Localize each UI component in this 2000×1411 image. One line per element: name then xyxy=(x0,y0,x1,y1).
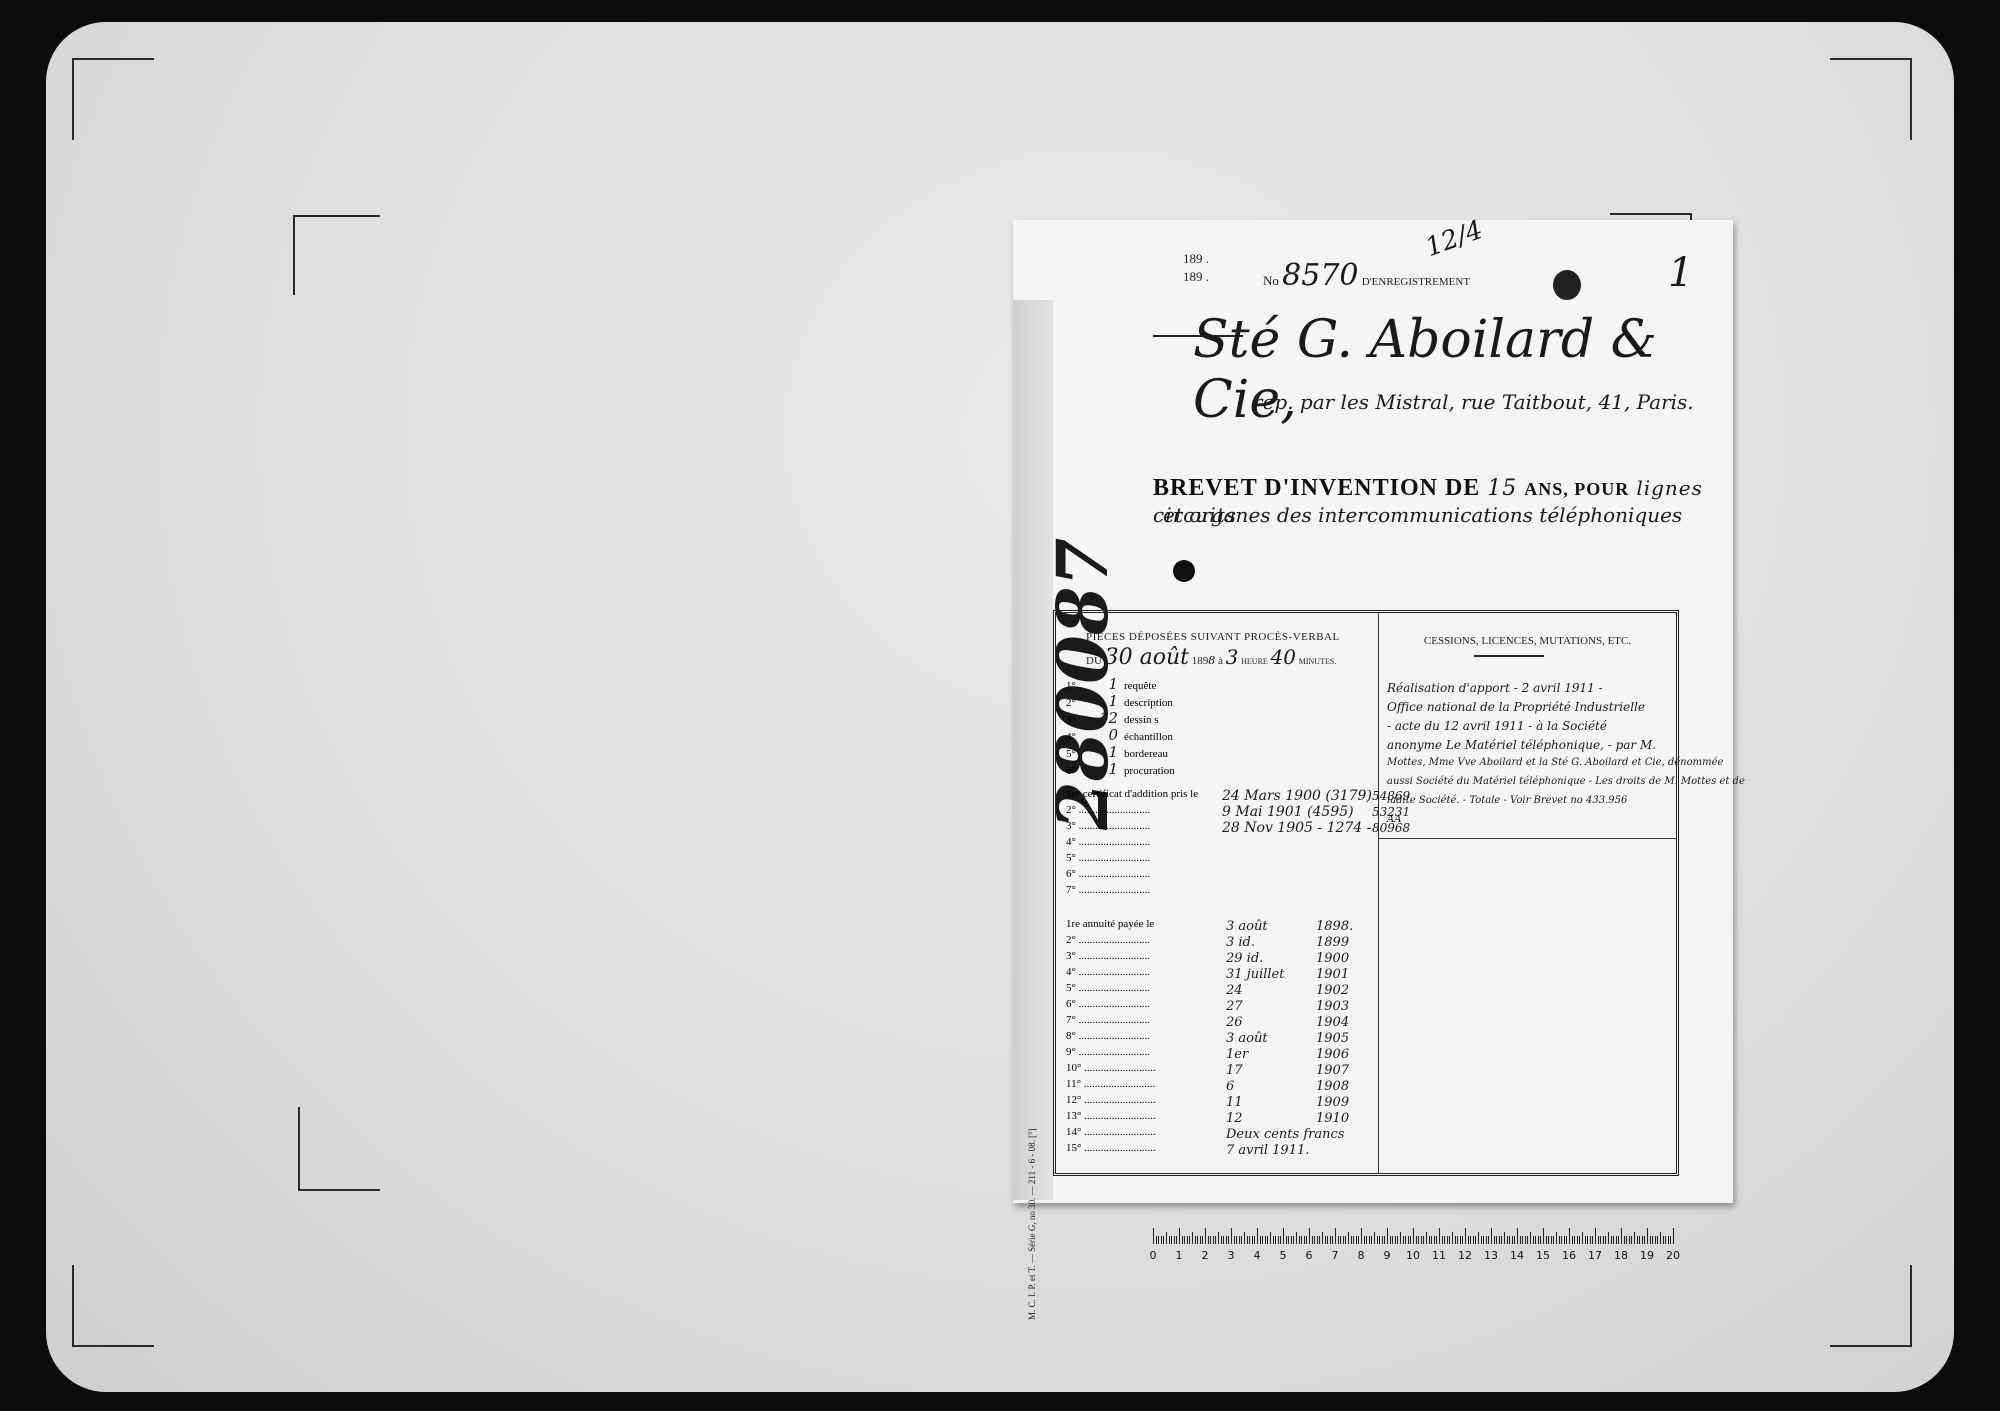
annuity-day: 1er xyxy=(1226,1047,1306,1062)
ruler-tick xyxy=(1561,1236,1562,1244)
annuity-year: 1905 xyxy=(1316,1031,1349,1046)
ruler-tick xyxy=(1418,1236,1419,1244)
ruler-tick xyxy=(1257,1228,1258,1244)
ruler-tick xyxy=(1527,1236,1528,1244)
ruler-tick xyxy=(1390,1236,1391,1244)
ruler-tick xyxy=(1179,1228,1180,1244)
annuity-row: 2° ..........................3 id.1899 xyxy=(1066,934,1349,950)
ruler-tick xyxy=(1442,1236,1443,1244)
annuity-label: 6° .......................... xyxy=(1066,998,1216,1010)
annuity-row: 12° ..........................111909 xyxy=(1066,1094,1349,1110)
ruler-tick xyxy=(1429,1236,1430,1244)
ruler-tick xyxy=(1340,1236,1341,1244)
ruler-tick xyxy=(1332,1236,1333,1244)
ruler-tick xyxy=(1426,1232,1427,1244)
ruler-tick xyxy=(1387,1228,1388,1244)
certificate-label: 7° .......................... xyxy=(1066,884,1216,896)
ruler-tick xyxy=(1408,1236,1409,1244)
ruler-tick xyxy=(1540,1236,1541,1244)
piece-row: 1°1requête xyxy=(1066,675,1156,693)
ruler-label: 20 xyxy=(1666,1249,1680,1262)
annuity-year: 1906 xyxy=(1316,1047,1349,1062)
ruler-tick xyxy=(1569,1228,1570,1244)
annuity-day: 3 id. xyxy=(1226,935,1306,950)
piece-row: 3°12dessin s xyxy=(1066,709,1159,727)
record-table: PIÈCES DÉPOSÉES SUIVANT PROCÈS-VERBAL DU… xyxy=(1053,610,1679,1176)
ruler-tick xyxy=(1400,1232,1401,1244)
ruler-tick xyxy=(1410,1236,1411,1244)
ruler-tick xyxy=(1592,1236,1593,1244)
ruler-label: 14 xyxy=(1510,1249,1524,1262)
annuity-year: 1909 xyxy=(1316,1095,1349,1110)
ruler-tick xyxy=(1475,1236,1476,1244)
ruler-tick xyxy=(1358,1236,1359,1244)
ruler-tick xyxy=(1286,1236,1287,1244)
ruler-tick xyxy=(1663,1236,1664,1244)
ruler-label: 9 xyxy=(1384,1249,1391,1262)
piece-number: 6° xyxy=(1066,765,1092,777)
ruler-tick xyxy=(1468,1236,1469,1244)
ruler-tick xyxy=(1322,1232,1323,1244)
annuity-label: 13° .......................... xyxy=(1066,1110,1216,1122)
annuity-year: 1902 xyxy=(1316,983,1349,998)
ruler-tick xyxy=(1291,1236,1292,1244)
piece-row: 2°1description xyxy=(1066,692,1173,710)
ruler-tick xyxy=(1176,1236,1177,1244)
piece-label: bordereau xyxy=(1124,748,1168,760)
ruler-tick xyxy=(1244,1232,1245,1244)
ruler-tick xyxy=(1364,1236,1365,1244)
certificate-row: 1er certificat d'addition pris le24 Mars… xyxy=(1066,788,1410,804)
ruler-tick xyxy=(1499,1236,1500,1244)
ruler-label: 12 xyxy=(1458,1249,1472,1262)
certificate-row: 3° ..........................28 Nov 1905… xyxy=(1066,820,1410,836)
ruler-tick xyxy=(1655,1236,1656,1244)
ruler-label: 10 xyxy=(1406,1249,1420,1262)
annotation-top: 12/4 xyxy=(1422,215,1487,263)
ruler-tick xyxy=(1351,1236,1352,1244)
ruler-tick xyxy=(1158,1236,1159,1244)
column-separator xyxy=(1378,613,1379,1173)
ruler-tick xyxy=(1379,1236,1380,1244)
ruler-tick xyxy=(1566,1236,1567,1244)
ruler-tick xyxy=(1267,1236,1268,1244)
ruler-tick xyxy=(1366,1236,1367,1244)
ruler-tick xyxy=(1439,1228,1440,1244)
ruler-tick xyxy=(1543,1228,1544,1244)
ruler-tick xyxy=(1278,1236,1279,1244)
ruler-tick xyxy=(1171,1236,1172,1244)
ruler-tick xyxy=(1189,1236,1190,1244)
ruler-tick xyxy=(1452,1232,1453,1244)
ruler-tick xyxy=(1252,1236,1253,1244)
ruler-tick xyxy=(1507,1236,1508,1244)
ruler-tick xyxy=(1621,1228,1622,1244)
ruler-label: 7 xyxy=(1332,1249,1339,1262)
certificate-row: 7° .......................... xyxy=(1066,884,1372,899)
ruler-tick xyxy=(1299,1236,1300,1244)
ruler-tick xyxy=(1556,1232,1557,1244)
ruler-tick xyxy=(1273,1236,1274,1244)
ruler-tick xyxy=(1280,1236,1281,1244)
ruler-tick xyxy=(1283,1228,1284,1244)
ruler-tick xyxy=(1639,1236,1640,1244)
annuity-row: 10° ..........................171907 xyxy=(1066,1062,1349,1078)
certificate-row: 6° .......................... xyxy=(1066,868,1372,883)
ruler-tick xyxy=(1226,1236,1227,1244)
ruler-tick xyxy=(1260,1236,1261,1244)
annuity-label: 12° .......................... xyxy=(1066,1094,1216,1106)
ruler-tick xyxy=(1525,1236,1526,1244)
ruler-tick xyxy=(1166,1232,1167,1244)
piece-label: dessin s xyxy=(1124,714,1159,726)
annuity-day: 26 xyxy=(1226,1015,1306,1030)
ruler-tick xyxy=(1306,1236,1307,1244)
certificate-row: 5° .......................... xyxy=(1066,852,1372,867)
annuity-day: 11 xyxy=(1226,1095,1306,1110)
piece-number: 3° xyxy=(1066,714,1092,726)
ruler-tick xyxy=(1270,1232,1271,1244)
ruler-tick xyxy=(1195,1236,1196,1244)
ruler-tick xyxy=(1517,1228,1518,1244)
ruler-tick xyxy=(1218,1232,1219,1244)
ruler-tick xyxy=(1668,1236,1669,1244)
ruler-tick xyxy=(1197,1236,1198,1244)
ruler-tick xyxy=(1444,1236,1445,1244)
ruler-tick xyxy=(1345,1236,1346,1244)
ruler-tick xyxy=(1288,1236,1289,1244)
ruler-tick xyxy=(1603,1236,1604,1244)
ruler-tick xyxy=(1343,1236,1344,1244)
ruler-tick xyxy=(1514,1236,1515,1244)
annuity-label: 14° .......................... xyxy=(1066,1126,1216,1138)
ruler-tick xyxy=(1533,1236,1534,1244)
ruler-tick xyxy=(1330,1236,1331,1244)
ruler-tick xyxy=(1327,1236,1328,1244)
ruler-tick xyxy=(1579,1236,1580,1244)
ruler-tick xyxy=(1210,1236,1211,1244)
piece-count: 1 xyxy=(1092,692,1118,710)
measurement-ruler: 01234567891011121314151617181920 xyxy=(1148,1222,1678,1262)
ruler-tick xyxy=(1598,1236,1599,1244)
ruler-tick xyxy=(1494,1236,1495,1244)
annuity-year: 1903 xyxy=(1316,999,1349,1014)
ruler-tick xyxy=(1421,1236,1422,1244)
ruler-tick xyxy=(1530,1232,1531,1244)
piece-count: 12 xyxy=(1092,709,1118,727)
ruler-tick xyxy=(1156,1236,1157,1244)
ruler-tick xyxy=(1241,1236,1242,1244)
ruler-tick xyxy=(1491,1228,1492,1244)
annuity-day: 29 id. xyxy=(1226,951,1306,966)
piece-label: procuration xyxy=(1124,765,1175,777)
ruler-tick xyxy=(1504,1232,1505,1244)
annuity-row: 4° ..........................31 juillet1… xyxy=(1066,966,1349,982)
annuity-year: 1908 xyxy=(1316,1079,1349,1094)
ruler-tick xyxy=(1564,1236,1565,1244)
ruler-tick xyxy=(1431,1236,1432,1244)
annuity-label: 7° .......................... xyxy=(1066,1014,1216,1026)
ruler-tick xyxy=(1538,1236,1539,1244)
ruler-label: 19 xyxy=(1640,1249,1654,1262)
ruler-tick xyxy=(1595,1228,1596,1244)
ruler-tick xyxy=(1624,1236,1625,1244)
ruler-tick xyxy=(1228,1236,1229,1244)
ruler-tick xyxy=(1478,1232,1479,1244)
annuity-label: 3° .......................... xyxy=(1066,950,1216,962)
ruler-tick xyxy=(1317,1236,1318,1244)
ruler-tick xyxy=(1236,1236,1237,1244)
year-lines: 189 . 189 . xyxy=(1183,250,1209,286)
corner-mark-top-right-outer xyxy=(1830,58,1912,140)
piece-row: 4°0échantillon xyxy=(1066,726,1173,744)
ruler-tick xyxy=(1496,1236,1497,1244)
ruler-tick xyxy=(1335,1228,1336,1244)
ruler-tick xyxy=(1548,1236,1549,1244)
annuity-label: 2° .......................... xyxy=(1066,934,1216,946)
ruler-tick xyxy=(1618,1236,1619,1244)
ruler-label: 5 xyxy=(1280,1249,1287,1262)
annuity-year: 1910 xyxy=(1316,1111,1349,1126)
annuity-day: 3 août xyxy=(1226,1031,1306,1046)
ruler-tick xyxy=(1369,1236,1370,1244)
ruler-tick xyxy=(1665,1236,1666,1244)
annuity-row: 7° ..........................261904 xyxy=(1066,1014,1349,1030)
ruler-tick xyxy=(1670,1236,1671,1244)
ruler-tick xyxy=(1582,1232,1583,1244)
corner-mark-bottom-left-inner xyxy=(298,1107,380,1191)
ruler-label: 16 xyxy=(1562,1249,1576,1262)
form-reference: M. C. I. P. et T. — Série G, no 30. — 21… xyxy=(1027,1128,1037,1320)
piece-label: description xyxy=(1124,697,1173,709)
ruler-tick xyxy=(1436,1236,1437,1244)
ruler-tick xyxy=(1629,1236,1630,1244)
ruler-tick xyxy=(1631,1236,1632,1244)
ruler-tick xyxy=(1455,1236,1456,1244)
ruler-tick xyxy=(1613,1236,1614,1244)
annuity-year: 1899 xyxy=(1316,935,1349,950)
ruler-tick xyxy=(1574,1236,1575,1244)
ruler-tick xyxy=(1153,1228,1154,1244)
piece-label: requête xyxy=(1124,680,1156,692)
ruler-tick xyxy=(1262,1236,1263,1244)
ruler-tick xyxy=(1184,1236,1185,1244)
annuity-label: 10° .......................... xyxy=(1066,1062,1216,1074)
certificate-row: 2° ..........................9 Mai 1901 … xyxy=(1066,804,1410,820)
annuity-year: 1907 xyxy=(1316,1063,1349,1078)
ruler-tick xyxy=(1650,1236,1651,1244)
certificate-label: 6° .......................... xyxy=(1066,868,1216,880)
ruler-tick xyxy=(1551,1236,1552,1244)
pieces-heading: PIÈCES DÉPOSÉES SUIVANT PROCÈS-VERBAL xyxy=(1086,631,1340,643)
ruler-tick xyxy=(1239,1236,1240,1244)
annuity-row: 5° ..........................241902 xyxy=(1066,982,1349,998)
ruler-tick xyxy=(1470,1236,1471,1244)
piece-number: 1° xyxy=(1066,680,1092,692)
ruler-tick xyxy=(1405,1236,1406,1244)
page-number: 1 xyxy=(1668,250,1693,296)
ruler-tick xyxy=(1644,1236,1645,1244)
piece-label: échantillon xyxy=(1124,731,1173,743)
ruler-tick xyxy=(1447,1236,1448,1244)
ruler-tick xyxy=(1392,1236,1393,1244)
ruler-tick xyxy=(1512,1236,1513,1244)
ruler-tick xyxy=(1626,1236,1627,1244)
pieces-date: DU 30 août 1898 à 3 HEURE 40 MINUTES. xyxy=(1086,645,1336,670)
cession-line: AA xyxy=(1387,814,1401,825)
applicant-address: rep. par les Mistral, rue Taitbout, 41, … xyxy=(1253,390,1694,414)
ruler-tick xyxy=(1559,1236,1560,1244)
annuity-row: 1re annuité payée le3 août1898. xyxy=(1066,918,1353,934)
ruler-tick xyxy=(1488,1236,1489,1244)
ruler-tick xyxy=(1572,1236,1573,1244)
piece-row: 6°1procuration xyxy=(1066,760,1175,778)
ruler-tick xyxy=(1353,1236,1354,1244)
piece-number: 2° xyxy=(1066,697,1092,709)
ruler-tick xyxy=(1600,1236,1601,1244)
ruler-tick xyxy=(1481,1236,1482,1244)
ruler-tick xyxy=(1473,1236,1474,1244)
ruler-tick xyxy=(1215,1236,1216,1244)
annuity-day: Deux cents francs xyxy=(1226,1127,1306,1142)
ruler-tick xyxy=(1465,1228,1466,1244)
certificate-label: 2° .......................... xyxy=(1066,804,1216,816)
annuity-year: 1904 xyxy=(1316,1015,1349,1030)
cessions-heading: CESSIONS, LICENCES, MUTATIONS, ETC. xyxy=(1379,635,1676,647)
certificate-row: 4° .......................... xyxy=(1066,836,1372,851)
patent-document: 189 . 189 . No 8570 D'ENREGISTREMENT 12/… xyxy=(1013,220,1733,1203)
cessions-rule xyxy=(1474,655,1544,657)
annuity-row: 8° ..........................3 août1905 xyxy=(1066,1030,1349,1046)
annuity-row: 14° ..........................Deux cents… xyxy=(1066,1126,1316,1142)
ruler-tick xyxy=(1254,1236,1255,1244)
ruler-tick xyxy=(1371,1236,1372,1244)
cession-line: aussi Société du Matériel téléphonique -… xyxy=(1387,776,1745,787)
ink-stamp xyxy=(1553,270,1581,300)
annuity-row: 3° ..........................29 id.1900 xyxy=(1066,950,1349,966)
ruler-tick xyxy=(1483,1236,1484,1244)
cession-line: Office national de la Propriété Industri… xyxy=(1387,700,1645,714)
ruler-tick xyxy=(1553,1236,1554,1244)
cession-line: ladite Société. - Totale - Voir Brevet n… xyxy=(1387,795,1627,806)
piece-number: 5° xyxy=(1066,748,1092,760)
ruler-tick xyxy=(1449,1236,1450,1244)
corner-mark-bottom-left-outer xyxy=(72,1265,154,1347)
ruler-tick xyxy=(1293,1236,1294,1244)
ruler-tick xyxy=(1174,1236,1175,1244)
ruler-tick xyxy=(1192,1232,1193,1244)
ruler-tick xyxy=(1234,1236,1235,1244)
cession-line: Réalisation d'apport - 2 avril 1911 - xyxy=(1387,681,1603,695)
corner-mark-top-left-outer xyxy=(72,58,154,140)
ruler-tick xyxy=(1249,1236,1250,1244)
ruler-tick xyxy=(1187,1236,1188,1244)
ruler-tick xyxy=(1673,1228,1674,1244)
ruler-tick xyxy=(1312,1236,1313,1244)
ruler-tick xyxy=(1309,1228,1310,1244)
ruler-tick xyxy=(1460,1236,1461,1244)
ruler-tick xyxy=(1587,1236,1588,1244)
ruler-tick xyxy=(1296,1232,1297,1244)
annuity-label: 8° .......................... xyxy=(1066,1030,1216,1042)
ruler-tick xyxy=(1423,1236,1424,1244)
cession-line: - acte du 12 avril 1911 - à la Société xyxy=(1387,719,1607,733)
ruler-tick xyxy=(1535,1236,1536,1244)
annuity-day: 17 xyxy=(1226,1063,1306,1078)
ruler-label: 6 xyxy=(1306,1249,1313,1262)
annuity-day: 6 xyxy=(1226,1079,1306,1094)
piece-count: 1 xyxy=(1092,743,1118,761)
annuity-year: 1901 xyxy=(1316,967,1349,982)
annuity-day: 24 xyxy=(1226,983,1306,998)
cession-line: Mottes, Mme Vve Aboilard et la Sté G. Ab… xyxy=(1387,757,1723,768)
certificate-label: 5° .......................... xyxy=(1066,852,1216,864)
ruler-tick xyxy=(1652,1236,1653,1244)
ruler-tick xyxy=(1509,1236,1510,1244)
annuity-day: 12 xyxy=(1226,1111,1306,1126)
ruler-tick xyxy=(1348,1232,1349,1244)
ruler-tick xyxy=(1462,1236,1463,1244)
corner-mark-top-left-inner xyxy=(293,215,380,295)
piece-number: 4° xyxy=(1066,731,1092,743)
ruler-label: 13 xyxy=(1484,1249,1498,1262)
ruler-tick xyxy=(1338,1236,1339,1244)
ruler-tick xyxy=(1611,1236,1612,1244)
ruler-label: 17 xyxy=(1588,1249,1602,1262)
annuity-label: 4° .......................... xyxy=(1066,966,1216,978)
ruler-tick xyxy=(1608,1232,1609,1244)
ruler-tick xyxy=(1202,1236,1203,1244)
ruler-tick xyxy=(1457,1236,1458,1244)
piece-row: 5°1bordereau xyxy=(1066,743,1168,761)
certificate-value: 24 Mars 1900 (3179) xyxy=(1222,788,1372,804)
patent-object-line2: et organes des intercommunications télép… xyxy=(1163,503,1682,527)
ruler-tick xyxy=(1616,1236,1617,1244)
ruler-tick xyxy=(1634,1232,1635,1244)
corner-mark-bottom-right-outer xyxy=(1830,1265,1912,1347)
ruler-label: 18 xyxy=(1614,1249,1628,1262)
annuity-label: 5° .......................... xyxy=(1066,982,1216,994)
annuity-year: 1900 xyxy=(1316,951,1349,966)
ruler-tick xyxy=(1319,1236,1320,1244)
ruler-tick xyxy=(1486,1236,1487,1244)
ruler-tick xyxy=(1182,1236,1183,1244)
ruler-tick xyxy=(1275,1236,1276,1244)
ruler-tick xyxy=(1374,1232,1375,1244)
ruler-label: 15 xyxy=(1536,1249,1550,1262)
ruler-tick xyxy=(1205,1228,1206,1244)
certificate-label: 4° .......................... xyxy=(1066,836,1216,848)
ruler-tick xyxy=(1221,1236,1222,1244)
ruler-label: 11 xyxy=(1432,1249,1446,1262)
ruler-label: 1 xyxy=(1176,1249,1183,1262)
ruler-tick xyxy=(1169,1236,1170,1244)
ruler-tick xyxy=(1161,1236,1162,1244)
annuity-day: 3 août xyxy=(1226,919,1306,934)
ruler-tick xyxy=(1208,1236,1209,1244)
ruler-tick xyxy=(1231,1228,1232,1244)
ruler-tick xyxy=(1501,1236,1502,1244)
ruler-tick xyxy=(1163,1236,1164,1244)
ruler-tick xyxy=(1642,1236,1643,1244)
annuity-label: 9° .......................... xyxy=(1066,1046,1216,1058)
ruler-tick xyxy=(1325,1236,1326,1244)
ruler-label: 0 xyxy=(1150,1249,1157,1262)
ink-blot xyxy=(1173,560,1195,582)
ruler-tick xyxy=(1590,1236,1591,1244)
ruler-tick xyxy=(1384,1236,1385,1244)
annuity-label: 11° .......................... xyxy=(1066,1078,1216,1090)
